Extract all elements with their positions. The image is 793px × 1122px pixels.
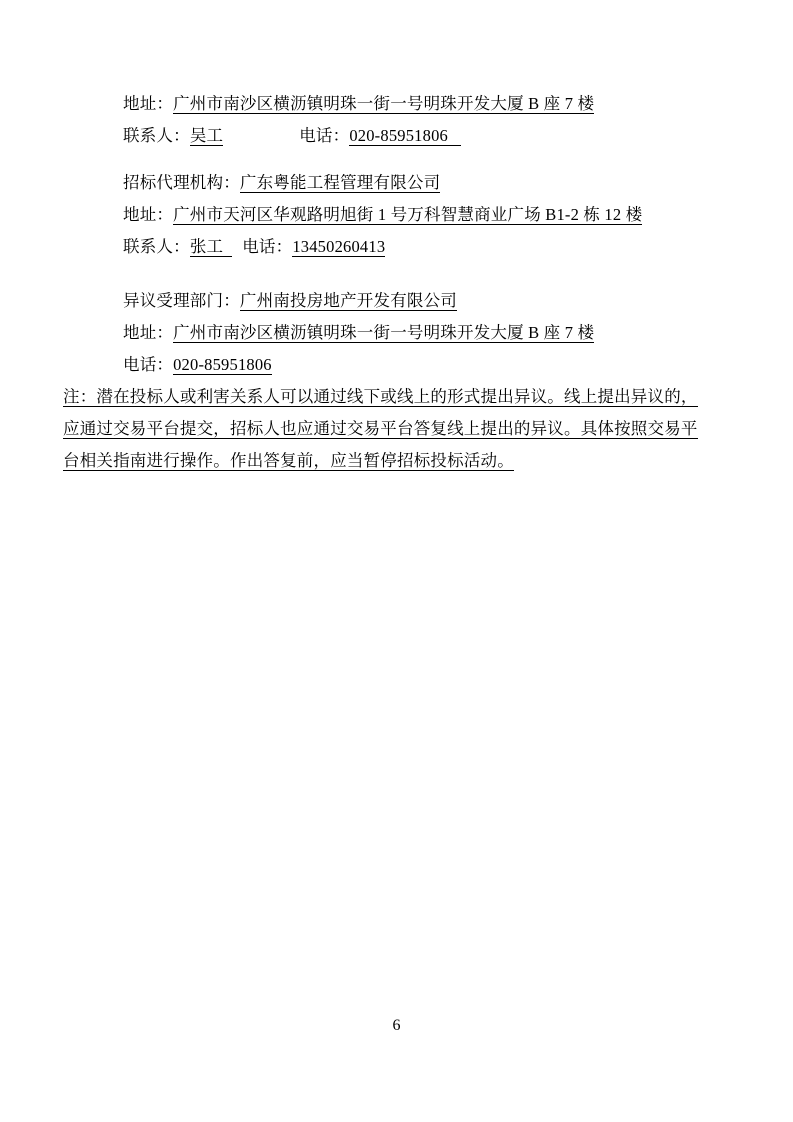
- address-value: 广州市南沙区横沥镇明珠一街一号明珠开发大厦 B 座 7 楼: [173, 323, 594, 343]
- contact-value: 吴工: [190, 126, 223, 146]
- address-value: 广州市南沙区横沥镇明珠一街一号明珠开发大厦 B 座 7 楼: [173, 94, 594, 114]
- contact-label: 联系人：: [123, 126, 190, 145]
- phone-value: 020-85951806: [173, 355, 272, 375]
- tenderer-contact-line: 联系人：吴工电话：020-85951806: [63, 120, 723, 152]
- agency-address-line: 地址：广州市天河区华观路明旭街 1 号万科智慧商业广场 B1-2 栋 12 楼: [63, 199, 723, 231]
- agency-name-line: 招标代理机构：广东粤能工程管理有限公司: [63, 167, 723, 199]
- address-label: 地址：: [123, 94, 173, 113]
- objection-phone-line: 电话：020-85951806: [63, 349, 723, 381]
- note-line-1: 注：潜在投标人或利害关系人可以通过线下或线上的形式提出异议。线上提出异议的，: [63, 381, 723, 413]
- phone-label: 电话：: [299, 126, 349, 145]
- objection-address-line: 地址：广州市南沙区横沥镇明珠一街一号明珠开发大厦 B 座 7 楼: [63, 317, 723, 349]
- note-line-2: 应通过交易平台提交，招标人也应通过交易平台答复线上提出的异议。具体按照交易平: [63, 413, 723, 445]
- note-paragraph: 注：潜在投标人或利害关系人可以通过线下或线上的形式提出异议。线上提出异议的， 应…: [63, 381, 723, 477]
- page-number: 6: [0, 1014, 793, 1038]
- address-label: 地址：: [123, 205, 173, 224]
- contact-value: 张工: [190, 237, 232, 257]
- note-line-3: 台相关指南进行操作。作出答复前，应当暂停招标投标活动。: [63, 445, 723, 477]
- agency-value: 广东粤能工程管理有限公司: [240, 173, 440, 193]
- document-page: 地址：广州市南沙区横沥镇明珠一街一号明珠开发大厦 B 座 7 楼 联系人：吴工电…: [0, 0, 793, 1122]
- phone-value: 020-85951806: [349, 126, 461, 146]
- phone-label: 电话：: [123, 355, 173, 374]
- document-body: 地址：广州市南沙区横沥镇明珠一街一号明珠开发大厦 B 座 7 楼 联系人：吴工电…: [63, 88, 723, 477]
- phone-label: 电话：: [242, 237, 292, 256]
- tenderer-address-line: 地址：广州市南沙区横沥镇明珠一街一号明珠开发大厦 B 座 7 楼: [63, 88, 723, 120]
- objection-dept-line: 异议受理部门：广州南投房地产开发有限公司: [63, 285, 723, 317]
- address-value: 广州市天河区华观路明旭街 1 号万科智慧商业广场 B1-2 栋 12 楼: [173, 205, 642, 225]
- dept-value: 广州南投房地产开发有限公司: [240, 291, 457, 311]
- address-label: 地址：: [123, 323, 173, 342]
- agency-label: 招标代理机构：: [123, 173, 240, 192]
- phone-value: 13450260413: [292, 237, 385, 257]
- contact-label: 联系人：: [123, 237, 190, 256]
- agency-contact-line: 联系人：张工电话：13450260413: [63, 231, 723, 263]
- dept-label: 异议受理部门：: [123, 291, 240, 310]
